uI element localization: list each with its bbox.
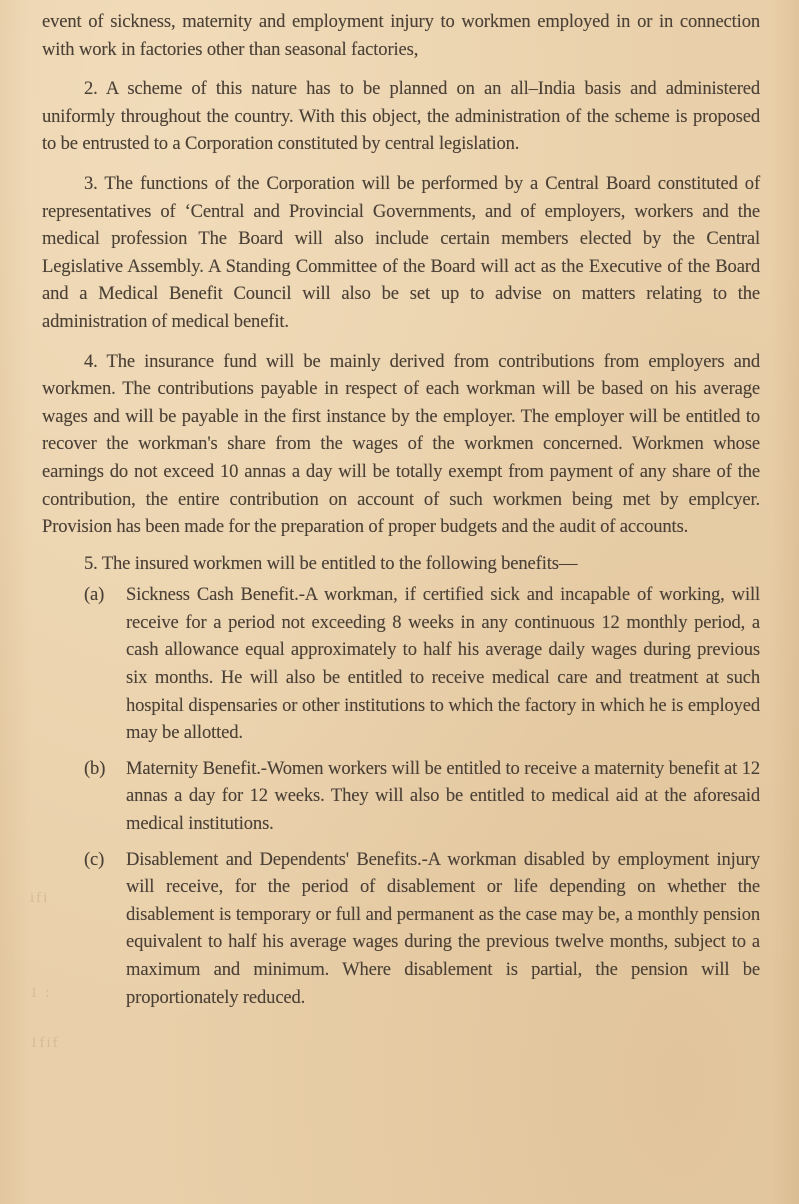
- benefit-title: Sickness Cash Benefit.: [126, 584, 299, 605]
- paragraph-5: 5. The insured workmen will be entitled …: [42, 550, 760, 578]
- paragraph-1-continuation: event of sickness, maternity and employm…: [42, 8, 760, 63]
- benefit-text: -A workman, if certified sick and incapa…: [126, 584, 760, 743]
- bleed-through-mark: 1fif: [30, 1035, 60, 1052]
- benefit-marker: (a): [84, 581, 104, 609]
- paragraph-number: 2.: [84, 78, 98, 99]
- benefit-item-maternity: (b) Maternity Benefit.-Women workers wil…: [42, 755, 760, 838]
- paragraph-number: 3.: [84, 173, 98, 194]
- document-page: event of sickness, maternity and employm…: [42, 8, 760, 1019]
- paragraph-3: 3. The functions of the Corporation will…: [42, 170, 760, 336]
- benefit-text: -A workman disabled by employment injury…: [126, 849, 760, 1008]
- paragraph-text: event of sickness, maternity and employm…: [42, 11, 760, 60]
- paragraph-text: The insurance fund will be mainly derive…: [42, 351, 760, 538]
- paragraph-text: The insured workmen will be entitled to …: [102, 553, 577, 574]
- benefits-list: (a) Sickness Cash Benefit.-A workman, if…: [42, 581, 760, 1011]
- paragraph-text: The functions of the Corporation will be…: [42, 173, 760, 332]
- benefit-item-sickness: (a) Sickness Cash Benefit.-A workman, if…: [42, 581, 760, 747]
- benefit-title: Maternity Benefit.: [126, 758, 261, 779]
- paragraph-text: A scheme of this nature has to be planne…: [42, 78, 760, 154]
- paragraph-4: 4. The insurance fund will be mainly der…: [42, 348, 760, 541]
- paragraph-number: 5.: [84, 553, 98, 574]
- benefit-item-disablement: (c) Disablement and Dependents' Benefits…: [42, 846, 760, 1012]
- benefit-title: Disablement and Dependents' Benefits.: [126, 849, 422, 870]
- paragraph-number: 4.: [84, 351, 98, 372]
- paragraph-2: 2. A scheme of this nature has to be pla…: [42, 75, 760, 158]
- benefit-marker: (c): [84, 846, 104, 874]
- benefit-marker: (b): [84, 755, 105, 783]
